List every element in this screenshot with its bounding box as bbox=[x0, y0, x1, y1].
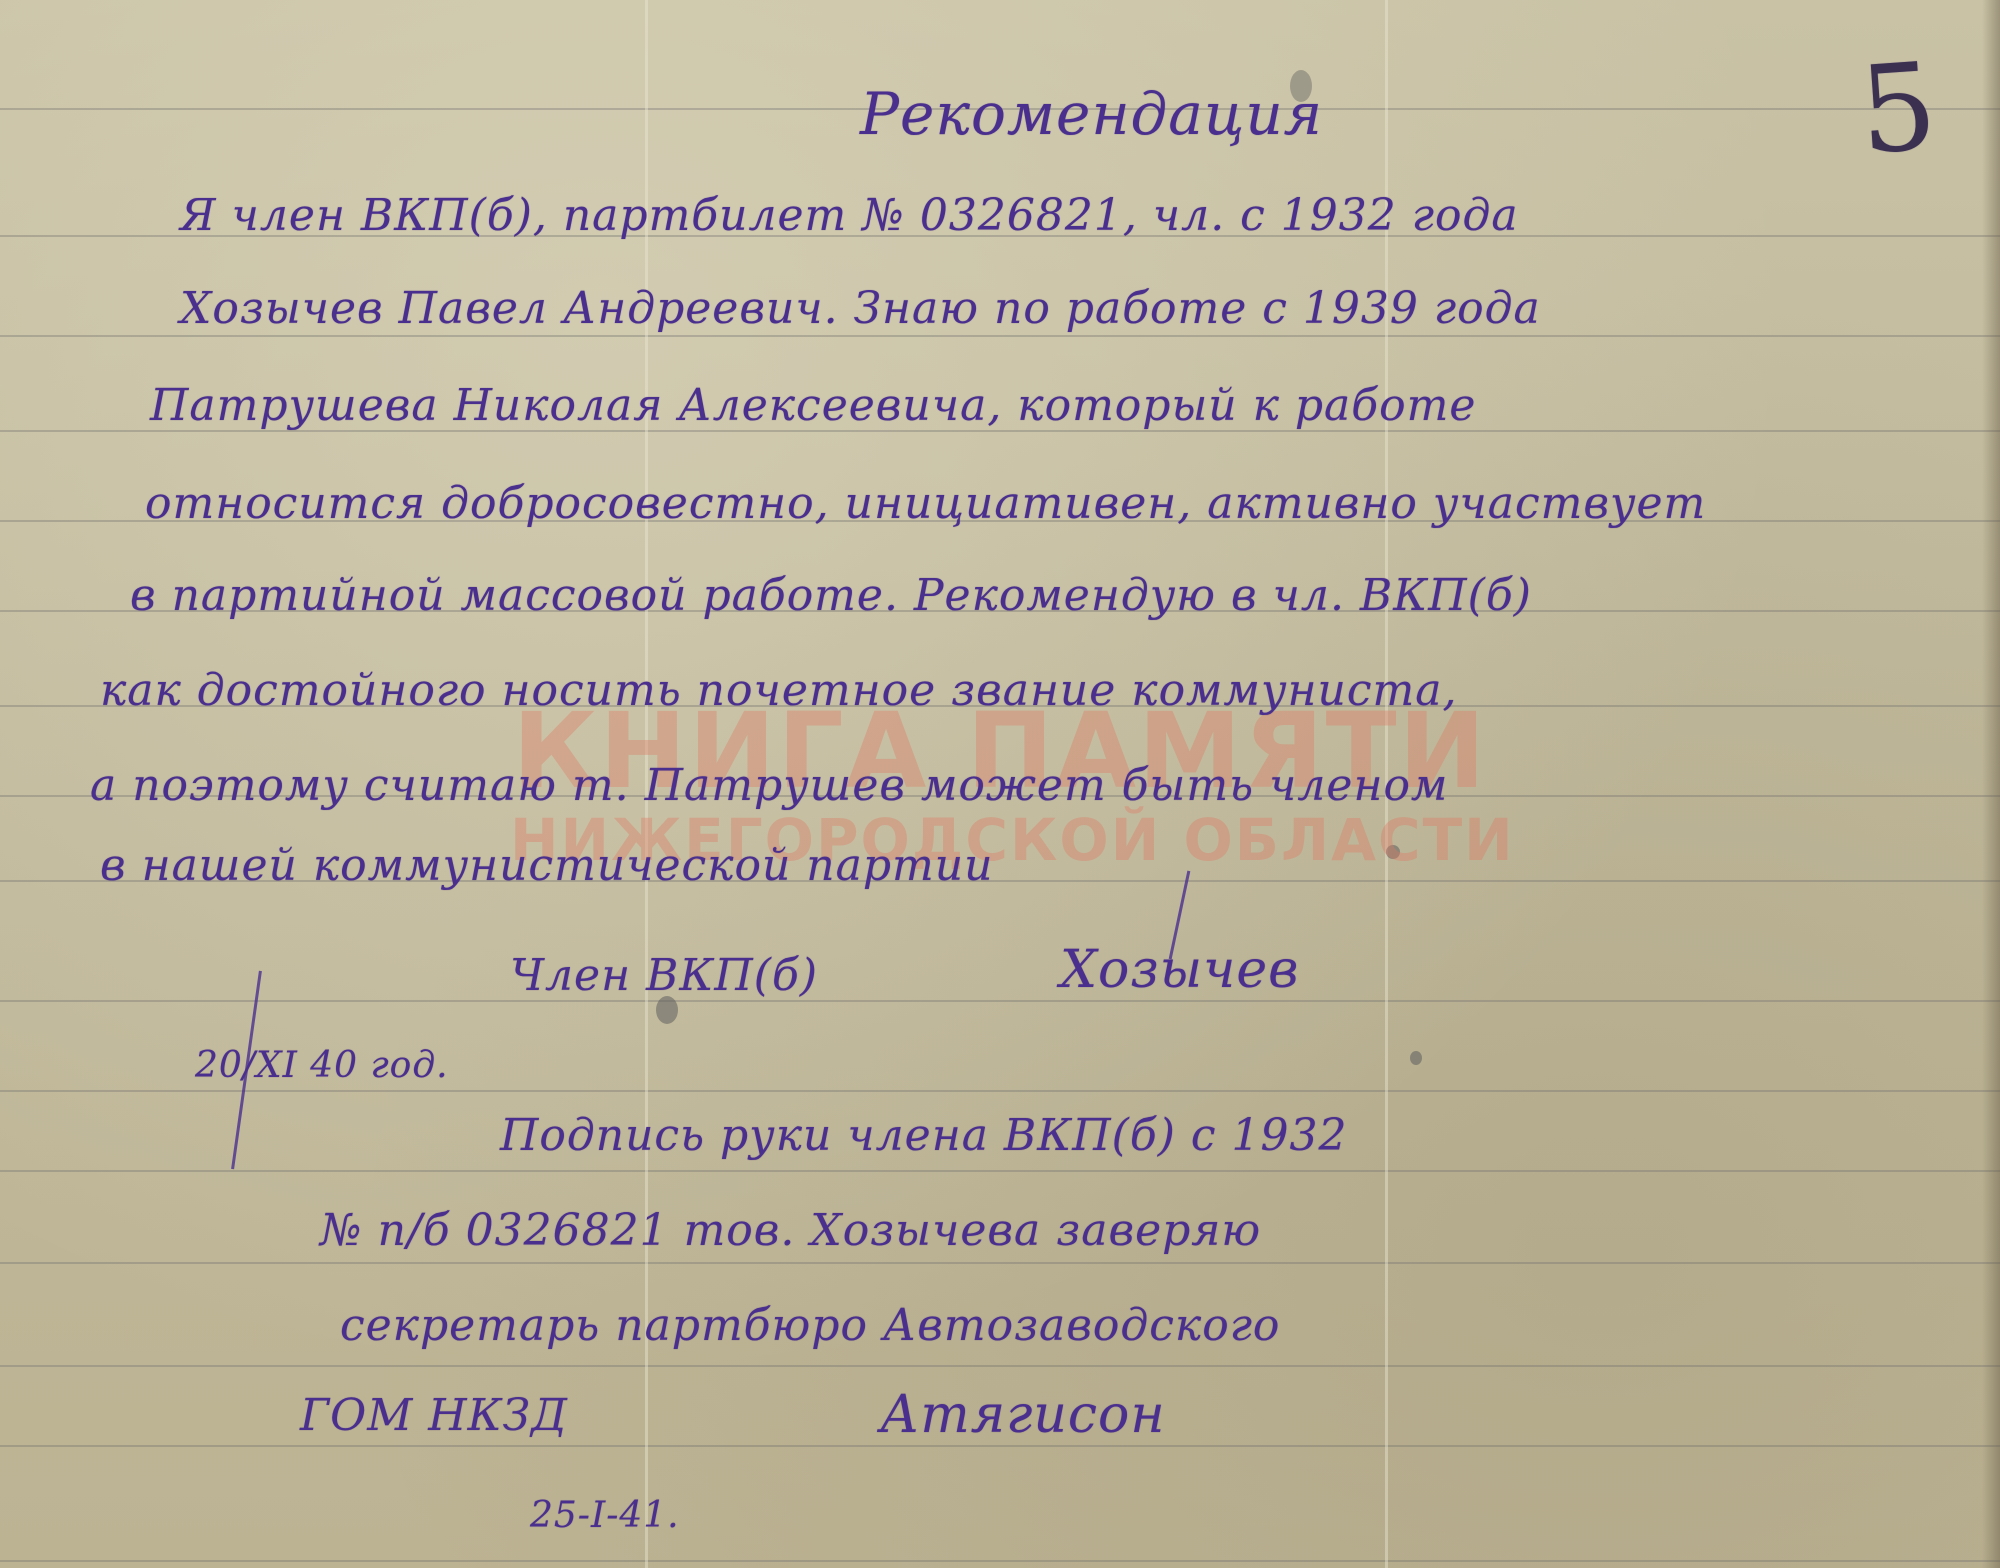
ruled-line bbox=[0, 1090, 2000, 1092]
page-number: 5 bbox=[1855, 37, 1942, 181]
document-date: 20/XI 40 год. bbox=[195, 1045, 449, 1086]
ruled-line bbox=[0, 1170, 2000, 1172]
body-line-4: относится добросовестно, инициативен, ак… bbox=[145, 478, 1706, 529]
secretary-signature: Атягисон bbox=[880, 1385, 1166, 1445]
ruled-line bbox=[0, 1365, 2000, 1367]
certification-date: 25-I-41. bbox=[530, 1495, 680, 1536]
ruled-line bbox=[0, 1445, 2000, 1447]
body-line-7: а поэтому считаю т. Патрушев может быть … bbox=[90, 760, 1448, 811]
body-line-8: в нашей коммунистической партии bbox=[100, 840, 993, 891]
signature-label: Член ВКП(б) bbox=[510, 950, 818, 1001]
certification-line-3: секретарь партбюро Автозаводского bbox=[340, 1300, 1280, 1351]
ruled-line bbox=[0, 1262, 2000, 1264]
certification-line-2: № п/б 0326821 тов. Хозычева заверяю bbox=[320, 1205, 1261, 1256]
paper-edge bbox=[1982, 0, 2000, 1568]
body-line-6: как достойного носить почетное звание ко… bbox=[100, 665, 1457, 716]
ruled-line bbox=[0, 335, 2000, 337]
body-line-5: в партийной массовой работе. Рекомендую … bbox=[130, 570, 1532, 621]
certification-line-4: ГОМ НКЗД bbox=[300, 1390, 568, 1441]
body-line-2: Хозычев Павел Андреевич. Знаю по работе … bbox=[180, 283, 1541, 334]
certification-line-1: Подпись руки члена ВКП(б) с 1932 bbox=[500, 1110, 1347, 1161]
document-title: Рекомендация bbox=[860, 80, 1323, 148]
ruled-line bbox=[0, 1000, 2000, 1002]
ruled-line bbox=[0, 1560, 2000, 1562]
body-line-1: Я член ВКП(б), партбилет № 0326821, чл. … bbox=[180, 190, 1519, 241]
stain-spot bbox=[1410, 1051, 1422, 1065]
body-line-3: Патрушева Николая Алексеевича, который к… bbox=[150, 380, 1476, 431]
author-signature: Хозычев bbox=[1060, 940, 1299, 1000]
